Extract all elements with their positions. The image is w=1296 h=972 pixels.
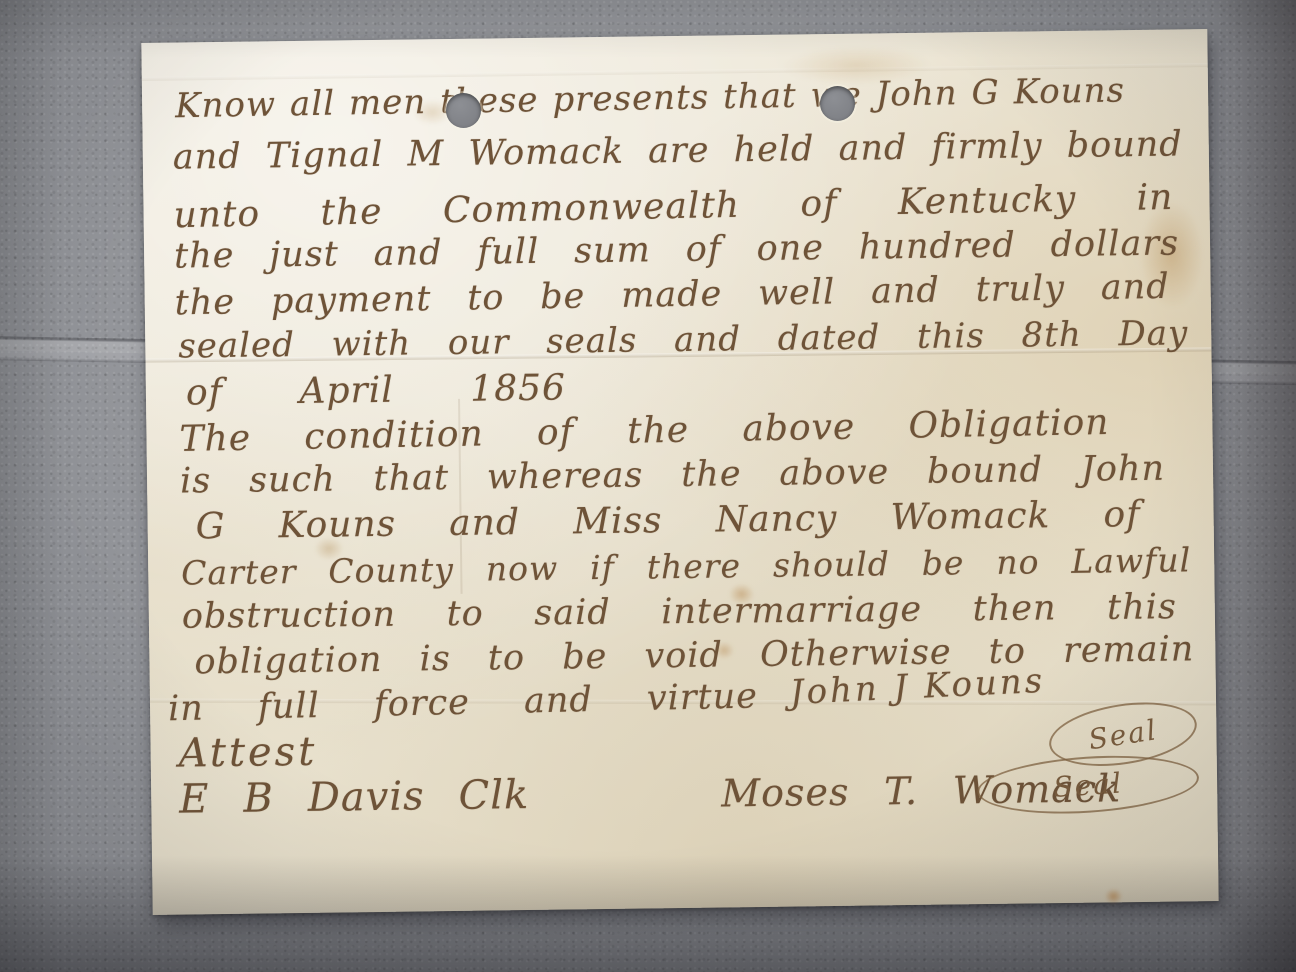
seal-label: Seal bbox=[1052, 766, 1123, 803]
clerk-signature: EBDavisClk bbox=[179, 772, 530, 823]
punch-hole-left bbox=[446, 93, 481, 128]
handwritten-line: sealedwithoursealsanddatedthis8thDay bbox=[178, 313, 1188, 366]
stain bbox=[1104, 888, 1122, 904]
handwritten-line: GKounsandMissNancyWomackof bbox=[195, 494, 1140, 547]
document-paper: KnowallmenthesepresentsthatweJohnGKouns … bbox=[141, 29, 1218, 915]
table-shadow-right bbox=[1206, 0, 1296, 972]
handwritten-line: infullforceandvirtue bbox=[168, 676, 759, 729]
handwritten-line: obstructiontosaidintermarriagethenthis bbox=[182, 587, 1177, 637]
handwritten-line: KnowallmenthesepresentsthatweJohnGKouns bbox=[175, 70, 1126, 126]
handwritten-line: ofApril1856 bbox=[186, 367, 567, 413]
handwritten-line: andTignalMWomackareheldandfirmlybound bbox=[173, 124, 1183, 177]
photograph: KnowallmenthesepresentsthatweJohnGKouns … bbox=[0, 0, 1296, 972]
punch-hole-right bbox=[820, 86, 855, 121]
seal-label: Seal bbox=[1086, 713, 1160, 756]
attest-label: Attest bbox=[178, 729, 317, 777]
seal-oval-surety: Seal bbox=[976, 749, 1201, 819]
